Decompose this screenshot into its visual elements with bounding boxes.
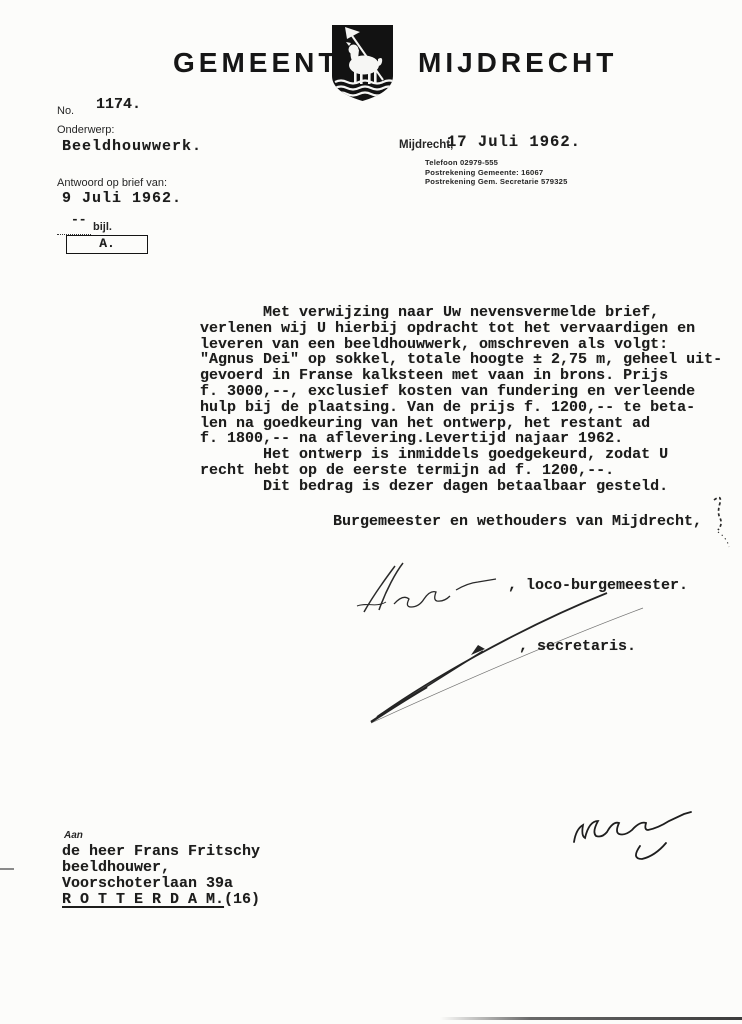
dateline-place: Mijdrecht,: [399, 139, 453, 151]
coat-of-arms-icon: [329, 23, 396, 108]
letterhead-mijdrecht: MIJDRECHT: [418, 47, 617, 79]
recipient-profession: beeldhouwer,: [62, 860, 260, 876]
giro-gemeente-line: Postrekening Gemeente: 16067: [425, 168, 568, 178]
body-line: Dit bedrag is dezer dagen betaalbaar ges…: [200, 479, 722, 495]
body-line: Het ontwerp is inmiddels goedgekeurd, zo…: [200, 447, 722, 463]
body-line: gevoerd in Franse kalksteen met vaan in …: [200, 368, 722, 384]
enclosures-typed-dashes: --: [71, 212, 87, 227]
reply-to-letter-date: 9 Juli 1962.: [62, 190, 182, 207]
recipient-to-label: Aan: [64, 830, 83, 841]
closing-salutation: Burgemeester en wethouders van Mijdrecht…: [333, 513, 702, 530]
scan-artifact-left-dash: [0, 868, 14, 870]
body-line: f. 1800,-- na aflevering.Levertijd najaa…: [200, 431, 722, 447]
scanned-letter-page: GEMEENTE MIJDRECHT N: [0, 0, 742, 1024]
subject-label: Onderwerp:: [57, 124, 114, 136]
body-line: leveren van een beeldhouwwerk, omschreve…: [200, 337, 722, 353]
subject-value: Beeldhouwwerk.: [62, 138, 202, 155]
signature-title-secretaris: , secretaris.: [519, 638, 636, 655]
ref-number-value: 1174.: [96, 96, 141, 113]
signature-loco-burgemeester: [352, 556, 512, 618]
recipient-name: de heer Frans Fritschy: [62, 844, 260, 860]
dateline-date: 17 Juli 1962.: [447, 133, 581, 151]
body-line: "Agnus Dei" op sokkel, totale hoogte ± 2…: [200, 352, 722, 368]
enclosures-row: --bijl.: [57, 217, 112, 231]
recipient-city-line: R O T T E R D A M.(16): [62, 892, 260, 908]
body-line: f. 3000,--, exclusief kosten van funderi…: [200, 384, 722, 400]
ref-number-label: No.: [57, 105, 74, 117]
recipient-street: Voorschoterlaan 39a: [62, 876, 260, 892]
body-line: Met verwijzing naar Uw nevensvermelde br…: [200, 305, 722, 321]
letter-body: Met verwijzing naar Uw nevensvermelde br…: [200, 305, 722, 495]
body-line: hulp bij de plaatsing. Van de prijs f. 1…: [200, 400, 722, 416]
enclosures-label: bijl.: [93, 221, 112, 233]
recipient-city-suffix: (16): [224, 891, 260, 908]
enclosure-box: A.: [66, 235, 148, 254]
contact-block: Telefoon 02979-555 Postrekening Gemeente…: [425, 158, 568, 187]
recipient-address-block: de heer Frans Fritschy beeldhouwer, Voor…: [62, 844, 260, 908]
giro-secretarie-line: Postrekening Gem. Secretarie 579325: [425, 177, 568, 187]
body-line: len na goedkeuring van het ontwerp, het …: [200, 416, 722, 432]
recipient-city: R O T T E R D A M.: [62, 891, 224, 908]
body-line: verlenen wij U hierbij opdracht tot het …: [200, 321, 722, 337]
signature-title-loco-burgemeester: , loco-burgemeester.: [508, 577, 688, 594]
reply-to-letter-label: Antwoord op brief van:: [57, 177, 167, 189]
phone-line: Telefoon 02979-555: [425, 158, 568, 168]
body-line: recht hebt op de eerste termijn ad f. 12…: [200, 463, 722, 479]
scan-artifact-bottom-edge: [440, 1017, 742, 1020]
handwritten-annotation-bottom-right: [560, 790, 720, 870]
